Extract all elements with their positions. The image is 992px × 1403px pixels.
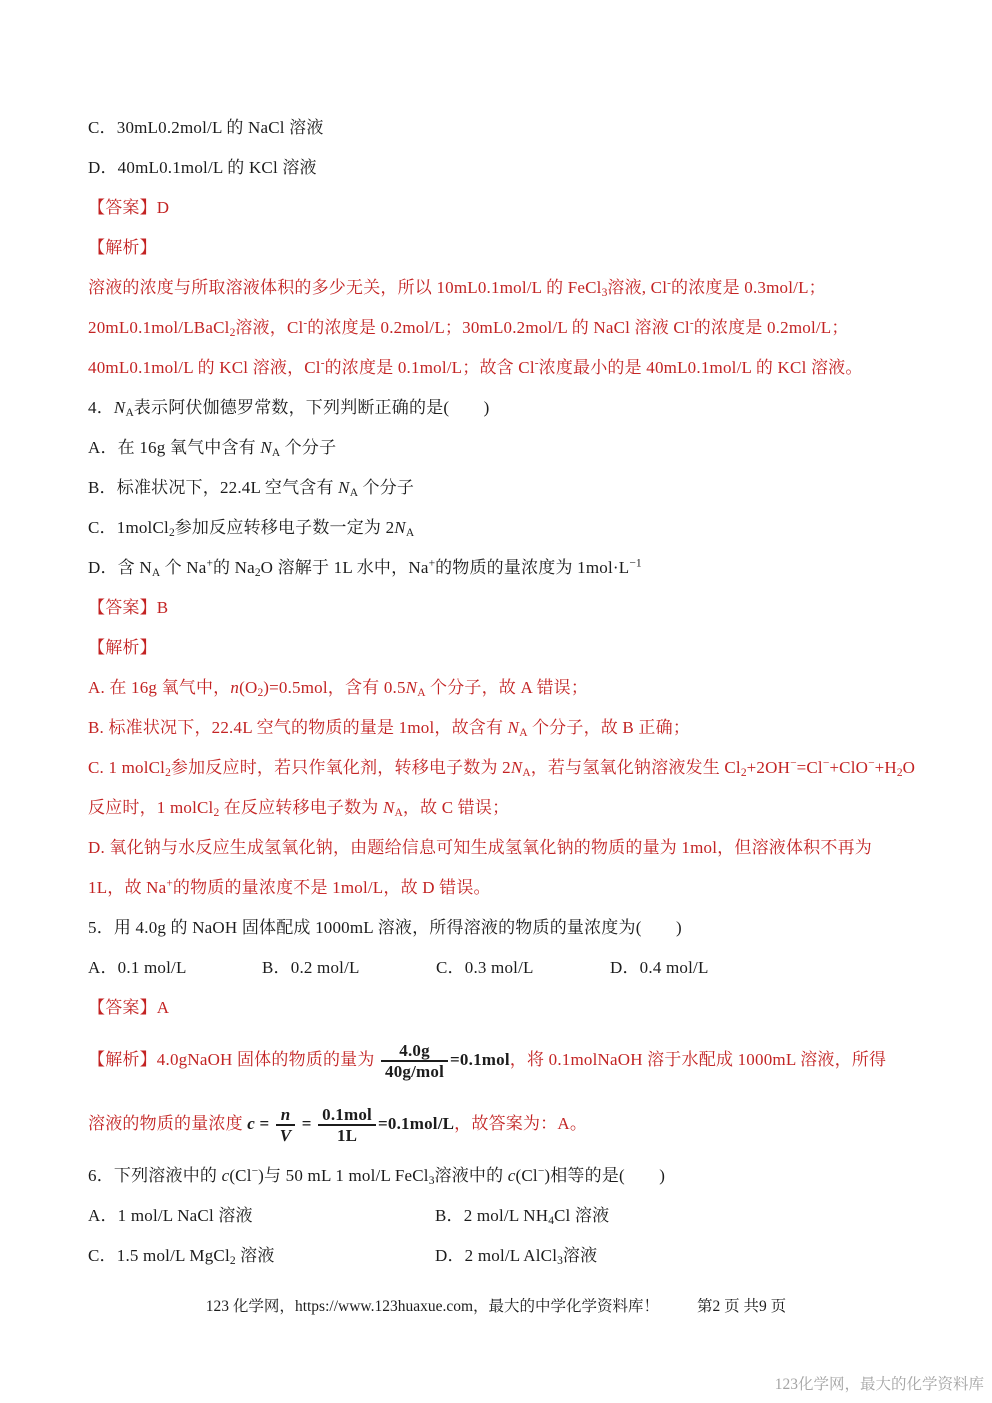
q4-analysis-label: 【解析】 xyxy=(88,628,922,668)
q4-analysis-d-2: 1L，故 Na+的物质的量浓度不是 1mol/L，故 D 错误。 xyxy=(88,868,922,908)
q3-analysis-line-2: 20mL0.1mol/LBaCl2溶液，Cl-的浓度是 0.2mol/L；30m… xyxy=(88,308,922,348)
q4-analysis-c-1: C. 1 molCl2参加反应时，若只作氧化剂，转移电子数为 2NA，若与氢氧化… xyxy=(88,748,922,788)
q4-option-c: C．1molCl2参加反应转移电子数一定为 2NA xyxy=(88,508,922,548)
q3-analysis-line-1: 溶液的浓度与所取溶液体积的多少无关，所以 10mL0.1mol/L 的 FeCl… xyxy=(88,268,922,308)
q3-answer: 【答案】D xyxy=(88,188,922,228)
q5-answer: 【答案】A xyxy=(88,988,922,1028)
q5-analysis-line-1: 【解析】4.0gNaOH 固体的物质的量为 4.0g40g/mol=0.1mol… xyxy=(88,1028,922,1092)
q3-option-c: C．30mL0.2mol/L 的 NaCl 溶液 xyxy=(88,108,922,148)
viewer-watermark: 123化学网，最大的化学资料库 xyxy=(775,1372,984,1394)
q4-option-a: A．在 16g 氧气中含有 NA 个分子 xyxy=(88,428,922,468)
q4-stem: 4．NA表示阿伏伽德罗常数，下列判断正确的是( ) xyxy=(88,388,922,428)
q5-stem: 5．用 4.0g 的 NaOH 固体配成 1000mL 溶液，所得溶液的物质的量… xyxy=(88,908,922,948)
q4-answer: 【答案】B xyxy=(88,588,922,628)
q5-options-row: A．0.1 mol/LB．0.2 mol/LC．0.3 mol/LD．0.4 m… xyxy=(88,948,922,988)
q4-option-b: B．标准状况下，22.4L 空气含有 NA 个分子 xyxy=(88,468,922,508)
q4-analysis-a: A. 在 16g 氧气中，n(O2)=0.5mol，含有 0.5NA 个分子，故… xyxy=(88,668,922,708)
q6-options-row-1: A．1 mol/L NaCl 溶液B．2 mol/L NH4Cl 溶液 xyxy=(88,1196,922,1236)
q4-analysis-d-1: D. 氧化钠与水反应生成氢氧化钠，由题给信息可知生成氢氧化钠的物质的量为 1mo… xyxy=(88,828,922,868)
q3-option-d: D．40mL0.1mol/L 的 KCl 溶液 xyxy=(88,148,922,188)
footer-url: https://www.123huaxue.com xyxy=(295,1298,473,1315)
q6-options-row-2: C．1.5 mol/L MgCl2 溶液D．2 mol/L AlCl3溶液 xyxy=(88,1236,922,1276)
exam-document-page: C．30mL0.2mol/L 的 NaCl 溶液 D．40mL0.1mol/L … xyxy=(0,0,992,1403)
q3-analysis-line-3: 40mL0.1mol/L 的 KCl 溶液，Cl-的浓度是 0.1mol/L；故… xyxy=(88,348,922,388)
document-body: C．30mL0.2mol/L 的 NaCl 溶液 D．40mL0.1mol/L … xyxy=(88,108,922,1276)
footer-site-name: 123 化学网， xyxy=(206,1298,295,1315)
footer-page-number: 第2 页 共9 页 xyxy=(697,1298,786,1315)
q4-analysis-c-2: 反应时，1 molCl2 在反应转移电子数为 NA，故 C 错误； xyxy=(88,788,922,828)
page-footer: 123 化学网，https://www.123huaxue.com，最大的中学化… xyxy=(0,1294,992,1316)
q6-stem: 6．下列溶液中的 c(Cl−)与 50 mL 1 mol/L FeCl3溶液中的… xyxy=(88,1156,922,1196)
q5-analysis-line-2: 溶液的物质的量浓度 c = nV = 0.1mol1L=0.1mol/L，故答案… xyxy=(88,1092,922,1156)
q3-analysis-label: 【解析】 xyxy=(88,228,922,268)
q4-option-d: D．含 NA 个 Na+的 Na2O 溶解于 1L 水中，Na+的物质的量浓度为… xyxy=(88,548,922,588)
q4-analysis-b: B. 标准状况下，22.4L 空气的物质的量是 1mol，故含有 NA 个分子，… xyxy=(88,708,922,748)
footer-tagline: ，最大的中学化学资料库！ xyxy=(473,1298,659,1315)
